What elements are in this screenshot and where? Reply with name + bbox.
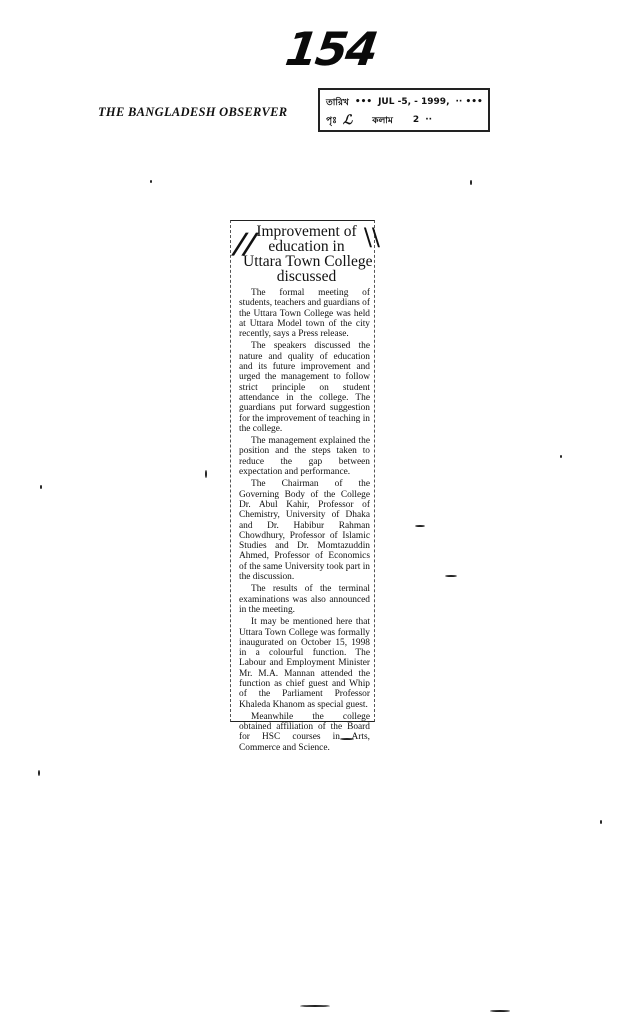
scan-speck [205, 470, 207, 478]
scan-speck [415, 525, 425, 527]
article-paragraph: The formal meeting of students, teachers… [239, 288, 370, 339]
stamp-column-value: 2 [413, 115, 419, 125]
stamp-dots: ·· ••• [456, 97, 483, 107]
scan-speck [300, 1005, 330, 1007]
stamp-date-value: JUL -5, - 1999, [378, 97, 449, 107]
scan-speck [470, 180, 472, 185]
scan-speck [38, 770, 40, 776]
stamp-date-row: তারিখ ••• JUL -5, - 1999, ·· ••• [326, 93, 482, 111]
scan-speck [445, 575, 457, 577]
date-stamp: তারিখ ••• JUL -5, - 1999, ·· ••• পৃঃ ℒ ক… [318, 88, 490, 132]
news-clipping: // \\ Improvement of education in Uttara… [230, 220, 375, 722]
headline-line: education in [243, 239, 370, 254]
stamp-date-label: তারিখ [326, 95, 349, 110]
stamp-column-label: কলাম [372, 113, 393, 128]
stamp-dots: ·· [425, 115, 432, 125]
article-paragraph: The Chairman of the Governing Body of th… [239, 479, 370, 582]
article-paragraph: The results of the terminal examinations… [239, 584, 370, 615]
article-paragraph: The management explained the position an… [239, 436, 370, 477]
scan-speck [340, 738, 354, 740]
newspaper-masthead: THE BANGLADESH OBSERVER [98, 105, 287, 120]
stamp-dots: ••• [355, 97, 372, 107]
stamp-page-label: পৃঃ [326, 113, 337, 128]
scan-speck [150, 180, 152, 183]
handwritten-page-number: 154 [282, 22, 380, 76]
headline-line: discussed [243, 269, 370, 284]
article-paragraph: Meanwhile the college obtained affiliati… [239, 712, 370, 753]
headline-line: Uttara Town College [243, 254, 370, 269]
article-paragraph: It may be mentioned here that Uttara Tow… [239, 617, 370, 710]
article-body: The formal meeting of students, teachers… [239, 288, 370, 753]
article-paragraph: The speakers discussed the nature and qu… [239, 341, 370, 434]
article-headline: Improvement of education in Uttara Town … [243, 224, 370, 284]
scan-speck [560, 455, 562, 458]
stamp-page-row: পৃঃ ℒ কলাম 2 ·· [326, 111, 482, 129]
scan-speck [40, 485, 42, 489]
scan-speck [490, 1010, 510, 1012]
stamp-page-signature: ℒ [343, 113, 352, 128]
corner-mark-icon: \\ [364, 223, 380, 251]
headline-line: Improvement of [243, 224, 370, 239]
scan-speck [600, 820, 602, 824]
